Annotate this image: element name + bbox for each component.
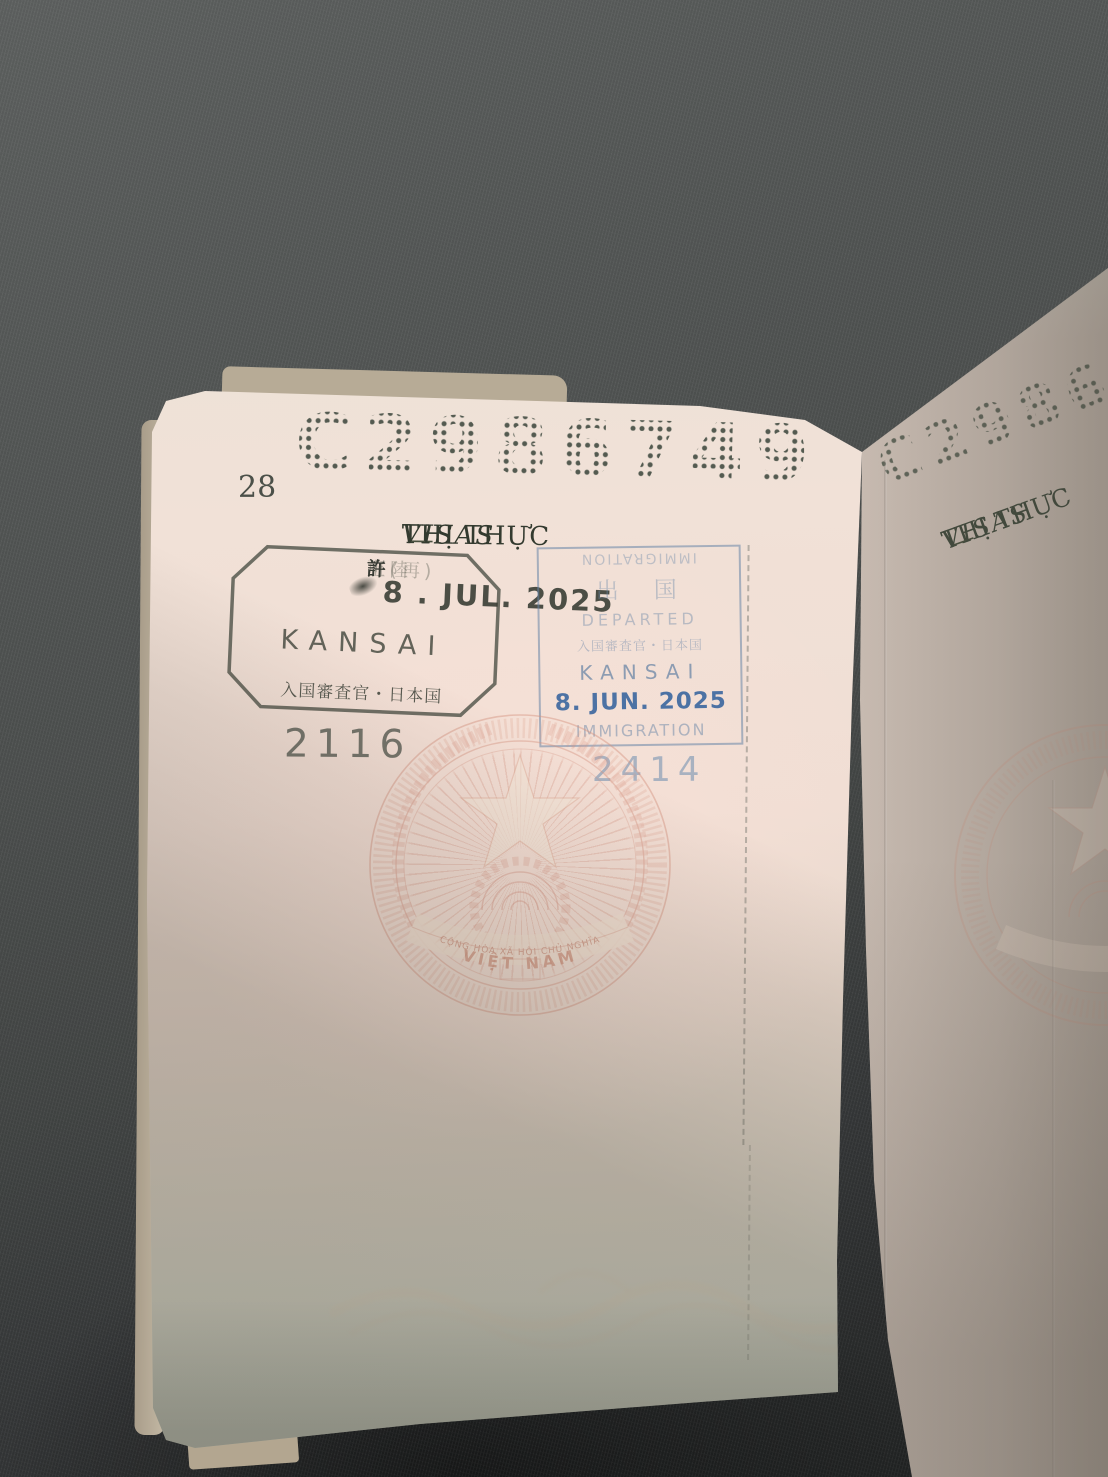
vietnam-emblem-watermark: CỘNG HÒA XÃ HỘI CHỦ NGHĨA VIỆT NAM [350, 695, 690, 1035]
right-star-icon [1049, 767, 1108, 874]
binding-stitch-line [742, 545, 749, 1145]
perforation-number: C2986749 [294, 398, 821, 501]
page-crease-2 [1052, 780, 1055, 1477]
departure-stamp-kanji: 出 国 [595, 571, 682, 605]
landing-permission-stamp: 上陸許可(再) 8 . JUL. 2025 KANSAI 入国審査官・日本国 [225, 542, 504, 720]
guilloche-ornament [330, 1252, 910, 1372]
right-page-emblem-watermark [905, 655, 1108, 1095]
landing-stamp-date: 8 . JUL. 2025 [348, 573, 383, 608]
right-heading-visas: VISAS [938, 497, 1033, 555]
heading-visas: VISAS [402, 520, 496, 551]
ink-smudge [347, 570, 386, 601]
departure-stamp-ghost-immigration: IMMIGRATION [580, 549, 697, 567]
departure-stamp-port: KANSAI [579, 659, 701, 685]
photo-canvas: 28 C2986749 THỊ THỰC—VISAS 上陸許可(再) 8 . J… [0, 0, 1108, 1477]
page-number: 28 [238, 470, 276, 505]
departure-stamp-office: 入国審査官・日本国 [577, 634, 703, 655]
star-icon [461, 755, 579, 867]
departure-stamp-departed: DEPARTED [581, 610, 697, 631]
